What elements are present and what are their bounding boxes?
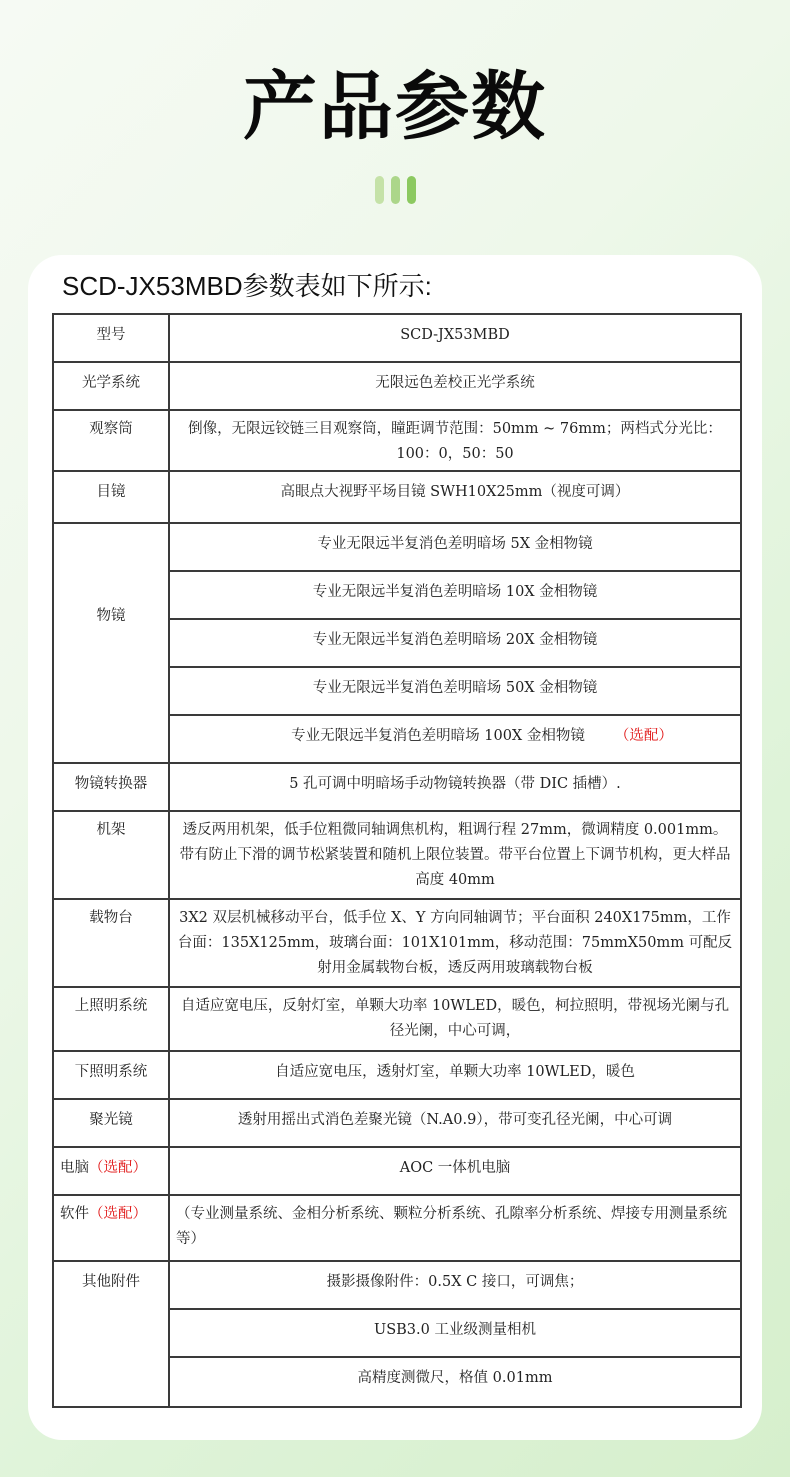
table-row: 物镜转换器 5 孔可调中明暗场手动物镜转换器（带 DIC 插槽）. bbox=[53, 763, 741, 811]
row-label: 光学系统 bbox=[53, 362, 169, 410]
table-row: 载物台 3X2 双层机械移动平台，低手位 X、Y 方向同轴调节；平台面积 240… bbox=[53, 899, 741, 987]
row-value: USB3.0 工业级测量相机 bbox=[169, 1309, 741, 1357]
row-value: 自适应宽电压，反射灯室，单颗大功率 10WLED，暖色，柯拉照明，带视场光阑与孔… bbox=[169, 987, 741, 1051]
table-row: 目镜 高眼点大视野平场目镜 SWH10X25mm（视度可调） bbox=[53, 471, 741, 523]
row-value: 专业无限远半复消色差明暗场 100X 金相物镜（选配） bbox=[169, 715, 741, 763]
table-row: 软件（选配） （专业测量系统、金相分析系统、颗粒分析系统、孔隙率分析系统、焊接专… bbox=[53, 1195, 741, 1261]
row-label: 其他附件 bbox=[53, 1261, 169, 1407]
row-value: 透反两用机架，低手位粗微同轴调焦机构，粗调行程 27mm，微调精度 0.001m… bbox=[169, 811, 741, 899]
row-label: 型号 bbox=[53, 314, 169, 362]
table-row: 其他附件 摄影摄像附件：0.5X C 接口，可调焦； bbox=[53, 1261, 741, 1309]
row-label: 聚光镜 bbox=[53, 1099, 169, 1147]
spec-table: 型号 SCD-JX53MBD 光学系统 无限远色差校正光学系统 观察筒 倒像，无… bbox=[52, 313, 742, 1408]
table-row: 电脑（选配） AOC 一体机电脑 bbox=[53, 1147, 741, 1195]
row-label: 上照明系统 bbox=[53, 987, 169, 1051]
table-row: 物镜 专业无限远半复消色差明暗场 5X 金相物镜 bbox=[53, 523, 741, 571]
row-value: 倒像，无限远铰链三目观察筒，瞳距调节范围：50mm ~ 76mm；两档式分光比：… bbox=[169, 410, 741, 471]
title-decoration bbox=[375, 176, 416, 204]
row-label: 机架 bbox=[53, 811, 169, 899]
table-row: 观察筒 倒像，无限远铰链三目观察筒，瞳距调节范围：50mm ~ 76mm；两档式… bbox=[53, 410, 741, 471]
row-value: 无限远色差校正光学系统 bbox=[169, 362, 741, 410]
row-value: 专业无限远半复消色差明暗场 5X 金相物镜 bbox=[169, 523, 741, 571]
optional-tag: （选配） bbox=[615, 728, 673, 744]
row-value: 专业无限远半复消色差明暗场 50X 金相物镜 bbox=[169, 667, 741, 715]
row-value: 专业无限远半复消色差明暗场 20X 金相物镜 bbox=[169, 619, 741, 667]
decor-bar-2 bbox=[391, 176, 400, 204]
decor-bar-3 bbox=[407, 176, 416, 204]
page-title: 产品参数 bbox=[0, 62, 790, 152]
row-label: 观察筒 bbox=[53, 410, 169, 471]
table-caption: SCD-JX53MBD参数表如下所示: bbox=[62, 268, 432, 304]
row-label: 电脑（选配） bbox=[53, 1147, 169, 1195]
row-value: SCD-JX53MBD bbox=[169, 314, 741, 362]
row-value: 高眼点大视野平场目镜 SWH10X25mm（视度可调） bbox=[169, 471, 741, 523]
row-label: 物镜转换器 bbox=[53, 763, 169, 811]
row-value: 摄影摄像附件：0.5X C 接口，可调焦； bbox=[169, 1261, 741, 1309]
row-label: 软件（选配） bbox=[53, 1195, 169, 1261]
row-value: AOC 一体机电脑 bbox=[169, 1147, 741, 1195]
objective-100x: 专业无限远半复消色差明暗场 100X 金相物镜 bbox=[291, 728, 585, 744]
row-value: （专业测量系统、金相分析系统、颗粒分析系统、孔隙率分析系统、焊接专用测量系统等） bbox=[169, 1195, 741, 1261]
label-computer: 电脑 bbox=[60, 1160, 89, 1176]
row-label: 目镜 bbox=[53, 471, 169, 523]
optional-tag: （选配） bbox=[89, 1160, 147, 1176]
table-row: 下照明系统 自适应宽电压，透射灯室，单颗大功率 10WLED，暖色 bbox=[53, 1051, 741, 1099]
row-label: 下照明系统 bbox=[53, 1051, 169, 1099]
row-label: 物镜 bbox=[53, 523, 169, 763]
row-value: 高精度测微尺，格值 0.01mm bbox=[169, 1357, 741, 1407]
row-value: 专业无限远半复消色差明暗场 10X 金相物镜 bbox=[169, 571, 741, 619]
decor-bar-1 bbox=[375, 176, 384, 204]
row-value: 3X2 双层机械移动平台，低手位 X、Y 方向同轴调节；平台面积 240X175… bbox=[169, 899, 741, 987]
table-row: 光学系统 无限远色差校正光学系统 bbox=[53, 362, 741, 410]
label-software: 软件 bbox=[60, 1206, 89, 1222]
optional-tag: （选配） bbox=[89, 1206, 147, 1222]
row-value: 透射用摇出式消色差聚光镜（N.A0.9），带可变孔径光阑，中心可调 bbox=[169, 1099, 741, 1147]
row-value: 5 孔可调中明暗场手动物镜转换器（带 DIC 插槽）. bbox=[169, 763, 741, 811]
row-value: 自适应宽电压，透射灯室，单颗大功率 10WLED，暖色 bbox=[169, 1051, 741, 1099]
row-label: 载物台 bbox=[53, 899, 169, 987]
table-row: 机架 透反两用机架，低手位粗微同轴调焦机构，粗调行程 27mm，微调精度 0.0… bbox=[53, 811, 741, 899]
table-row: 型号 SCD-JX53MBD bbox=[53, 314, 741, 362]
table-row: 聚光镜 透射用摇出式消色差聚光镜（N.A0.9），带可变孔径光阑，中心可调 bbox=[53, 1099, 741, 1147]
table-row: 上照明系统 自适应宽电压，反射灯室，单颗大功率 10WLED，暖色，柯拉照明，带… bbox=[53, 987, 741, 1051]
